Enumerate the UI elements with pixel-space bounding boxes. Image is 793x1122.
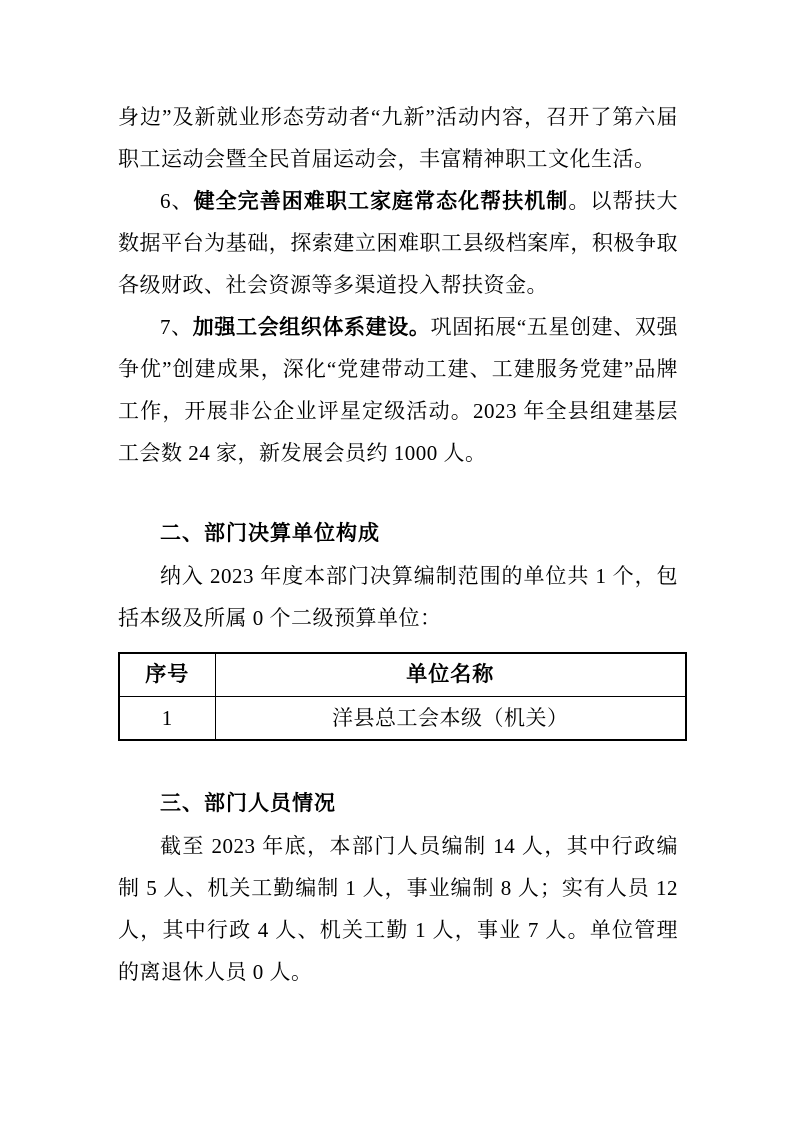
item-6-bold-title: 健全完善困难职工家庭常态化帮扶机制: [194, 189, 569, 213]
paragraph-item-6: 6、健全完善困难职工家庭常态化帮扶机制。以帮扶大数据平台为基础，探索建立困难职工…: [118, 180, 678, 306]
unit-table-header-row: 序号 单位名称: [119, 653, 686, 697]
document-content: 身边”及新就业形态劳动者“九新”活动内容，召开了第六届职工运动会暨全民首届运动会…: [118, 96, 678, 993]
paragraph-personnel: 截至 2023 年底，本部门人员编制 14 人，其中行政编制 5 人、机关工勤编…: [118, 825, 678, 993]
unit-table-cell-index: 1: [119, 697, 215, 741]
unit-table-header-index: 序号: [119, 653, 215, 697]
unit-table: 序号 单位名称 1 洋县总工会本级（机关）: [118, 652, 687, 741]
paragraph-item-7: 7、加强工会组织体系建设。巩固拓展“五星创建、双强争优”创建成果，深化“党建带动…: [118, 306, 678, 474]
item-7-number: 7、: [160, 315, 193, 339]
document-page: 身边”及新就业形态劳动者“九新”活动内容，召开了第六届职工运动会暨全民首届运动会…: [0, 0, 793, 1122]
item-6-number: 6、: [160, 189, 194, 213]
section-heading-personnel: 三、部门人员情况: [118, 783, 678, 825]
paragraph-continuation: 身边”及新就业形态劳动者“九新”活动内容，召开了第六届职工运动会暨全民首届运动会…: [118, 96, 678, 180]
item-7-bold-title: 加强工会组织体系建设。: [193, 315, 431, 339]
paragraph-unit-scope: 纳入 2023 年度本部门决算编制范围的单位共 1 个，包括本级及所属 0 个二…: [118, 555, 678, 639]
unit-table-row: 1 洋县总工会本级（机关）: [119, 697, 686, 741]
section-heading-unit-composition: 二、部门决算单位构成: [118, 513, 678, 555]
unit-table-cell-name: 洋县总工会本级（机关）: [215, 697, 686, 741]
unit-table-header-name: 单位名称: [215, 653, 686, 697]
